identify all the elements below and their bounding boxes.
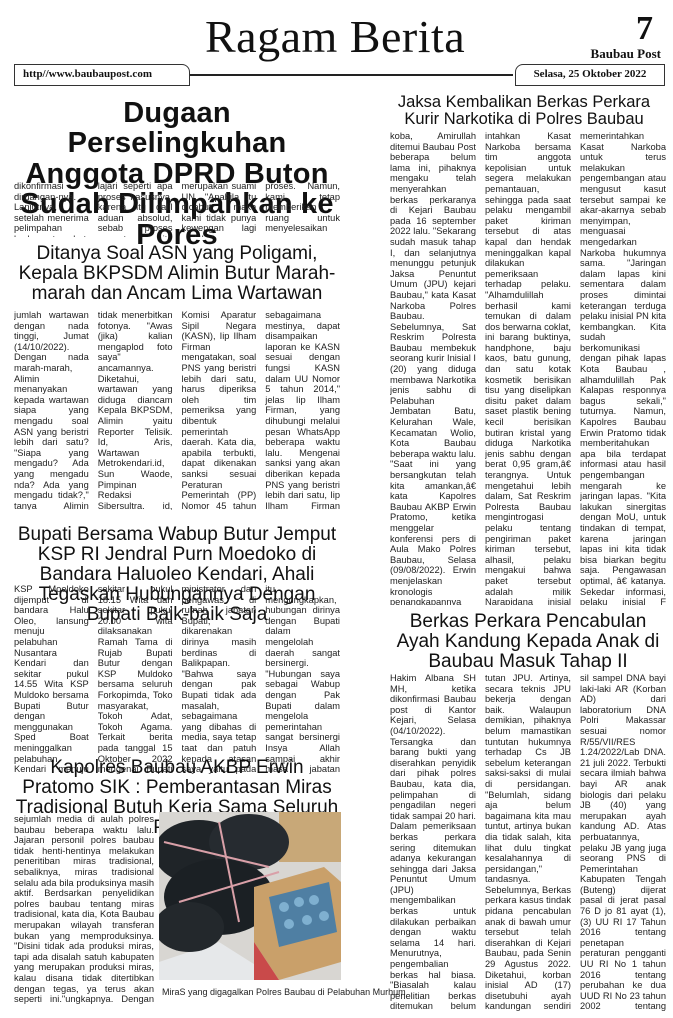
article-column: koba, Amirullah ditemui Baubau Post bebe… <box>390 131 476 605</box>
article-column: tutan JPU. Artinya, secara teknis JPU be… <box>485 673 571 1011</box>
article-column: sejumlah media di aulah polres baubau be… <box>14 814 154 1004</box>
article-headline-asn: Ditanya Soal ASN yang Poligami, Kepala B… <box>14 244 340 304</box>
article-column: intahkan Kasat Narkoba bersama tim anggo… <box>485 131 571 605</box>
article-column: KSP Moeldoko dijemput di bandara Halu Ol… <box>14 584 89 776</box>
article-column: itu, mengungkapkan, hubungan dirinya den… <box>265 584 340 776</box>
masthead: Ragam Berita 7 Baubau Post http//www.bau… <box>0 0 673 84</box>
issue-date: Selasa, 25 Oktober 2022 <box>515 64 665 86</box>
article-column: sil sampel DNA bayi laki-laki AR (Korban… <box>580 673 666 1011</box>
article-column: jumlah wartawan dengan nada tinggi, Juma… <box>14 310 89 510</box>
miras-photo <box>159 812 341 980</box>
article-column: tidak menerbitkan fotonya. "Awas (jika) … <box>98 310 173 510</box>
article-body-dprd: dikonfirmasi diruangan-nya. Lanjutnya, s… <box>14 181 340 237</box>
article-headline-pencabulan: Berkas Perkara Pencabulan Ayah Kandung K… <box>392 612 664 672</box>
article-column: lajari seperti apa proses kasusnya, kare… <box>98 181 173 237</box>
website-link[interactable]: http//www.baubaupost.com <box>14 64 190 86</box>
article-body-bupati: KSP Moeldoko dijemput di bandara Halu Ol… <box>14 584 340 776</box>
article-column: Komisi Aparatur Sipil Negara (KASN), Iip… <box>182 310 257 510</box>
article-body-asn: jumlah wartawan dengan nada tinggi, Juma… <box>14 310 340 510</box>
photo-caption: MiraS yang digagalkan Polres Baubau di P… <box>162 987 406 997</box>
article-column: merupakan suami UN. "Apabila itu dicabut… <box>182 181 257 237</box>
article-column: sekitar pukul 18.15 Wita dan sekitar puk… <box>98 584 173 776</box>
article-column: ministrator dan pengawas di rumah jabata… <box>182 584 257 776</box>
article-headline-narkotika: Jaksa Kembalikan Berkas Perkara Kurir Na… <box>388 94 660 129</box>
article-column: proses. Namun, kami tetap memberikan rua… <box>265 181 340 237</box>
article-column: memerintahkan Kasat Narkoba untuk terus … <box>580 131 666 605</box>
article-body-narkotika: koba, Amirullah ditemui Baubau Post bebe… <box>390 131 666 605</box>
section-title: Ragam Berita <box>205 14 465 60</box>
paper-name: Baubau Post <box>591 46 661 62</box>
page-number: 7 <box>636 12 653 46</box>
masthead-rule <box>190 74 513 76</box>
article-body-miras: sejumlah media di aulah polres baubau be… <box>14 814 154 1004</box>
photo-illustration-icon <box>159 812 341 980</box>
article-column: Hakim Albana SH MH, ketika dikonfirmasi … <box>390 673 476 1011</box>
article-column: dikonfirmasi diruangan-nya. Lanjutnya, s… <box>14 181 89 237</box>
article-column: sebagaimana mestinya, dapat disampaikan … <box>265 310 340 510</box>
article-body-pencabulan: Hakim Albana SH MH, ketika dikonfirmasi … <box>390 673 666 1011</box>
